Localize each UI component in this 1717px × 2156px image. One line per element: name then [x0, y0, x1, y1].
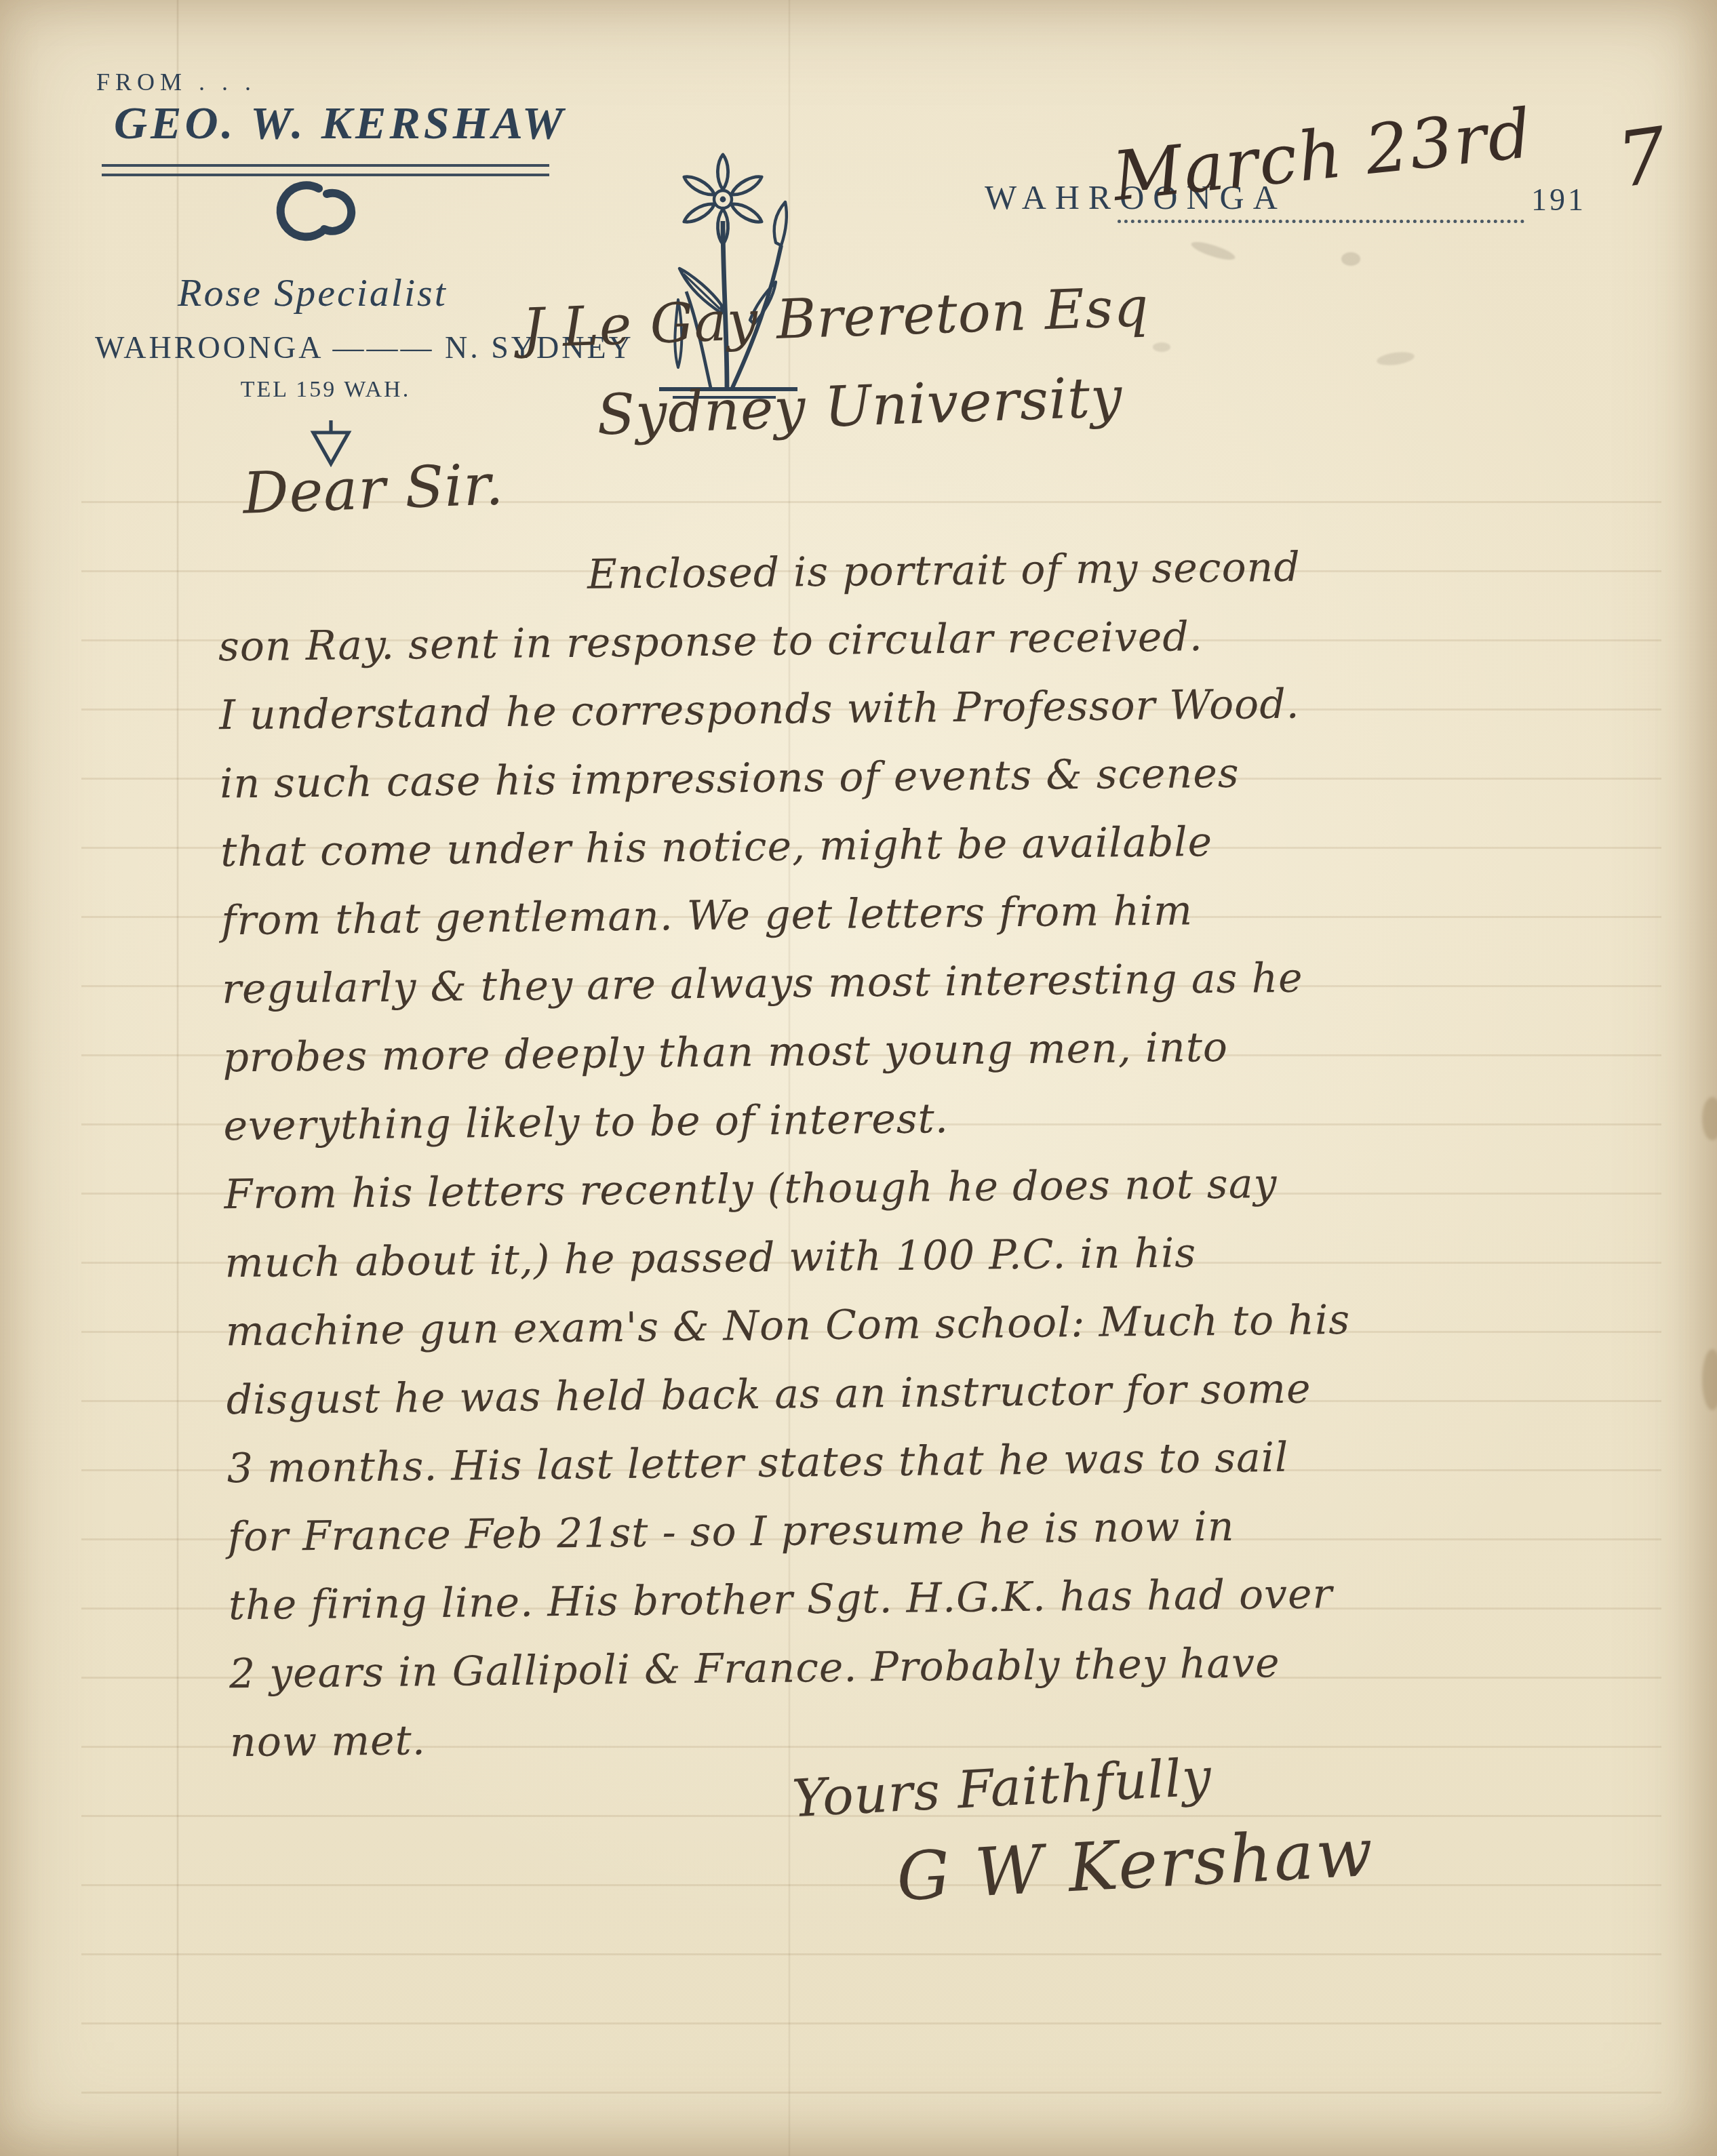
letterhead-places: WAHROONGA ——— N. SYDNEY: [95, 330, 556, 365]
handwritten-year-digit: 7: [1612, 111, 1673, 205]
letterhead-title: Rose Specialist: [178, 270, 448, 315]
letter-page: FROM . . . GEO. W. KERSHAW Rose Speciali…: [0, 0, 1717, 2156]
letterhead-double-rule: [102, 164, 549, 176]
letterhead-from-label: FROM . . .: [96, 68, 256, 96]
signature: G W Kershaw: [895, 1814, 1377, 1917]
torn-edge: [1702, 1097, 1717, 1140]
dateline-year-printed: 191: [1531, 182, 1586, 218]
letterhead-sender-name: GEO. W. KERSHAW: [114, 96, 566, 150]
ink-smudge: [1376, 350, 1415, 367]
letterhead-telephone: TEL 159 WAH.: [95, 377, 556, 403]
torn-edge: [1702, 1349, 1717, 1410]
letter-body: Enclosed is portrait of my secondson Ray…: [218, 530, 1695, 1778]
ink-smudge: [1189, 239, 1237, 263]
recipient-name: J Le Gay Brereton Esq: [521, 275, 1150, 360]
ink-smudge: [1153, 342, 1170, 352]
ink-smudge: [1341, 252, 1360, 266]
salutation: Dear Sir.: [241, 451, 505, 526]
flower-sprig-icon: [646, 134, 808, 409]
scroll-ornament-icon: [259, 178, 388, 256]
place-separator: ———: [333, 330, 435, 365]
paper-crease: [176, 0, 179, 2156]
place-left: WAHROONGA: [95, 330, 322, 365]
